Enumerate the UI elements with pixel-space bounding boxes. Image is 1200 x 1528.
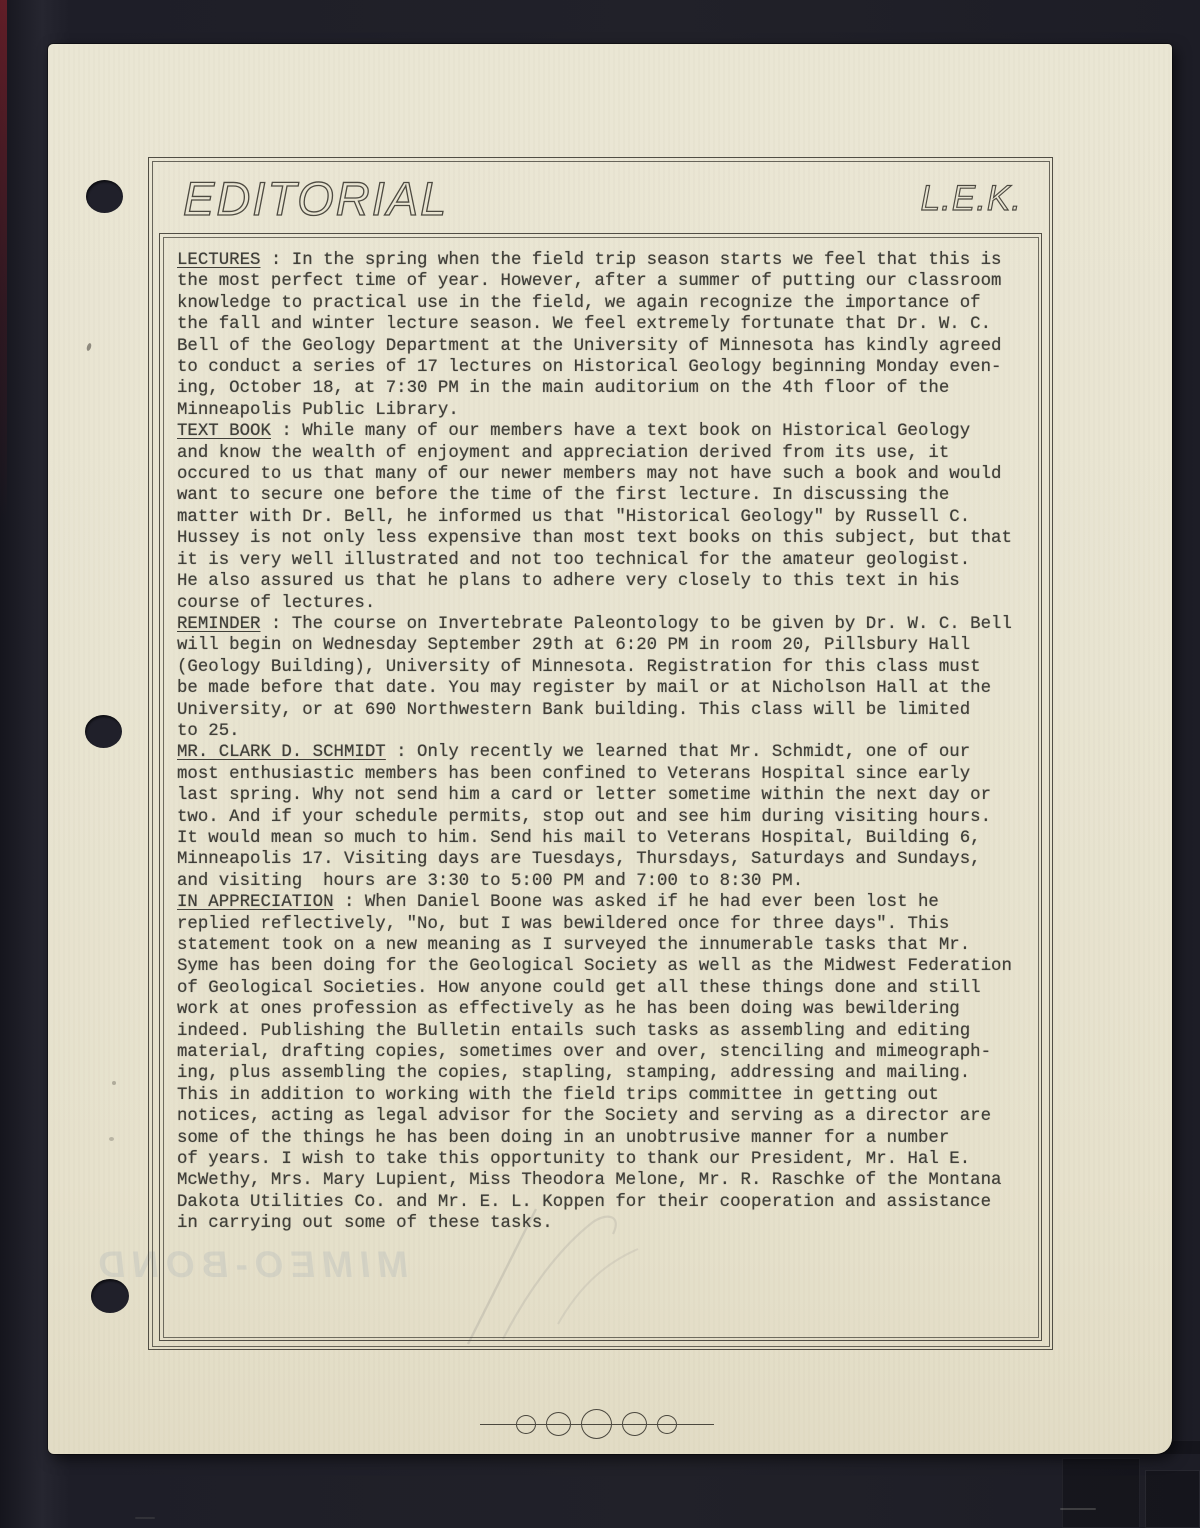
document-header: EDITORIAL L.E.K.	[149, 158, 1052, 233]
paragraph-label: IN APPRECIATION	[177, 893, 334, 912]
background-scratch	[1060, 1508, 1096, 1510]
paragraph: LECTURES : In the spring when the field …	[177, 250, 1035, 421]
paragraph-label: TEXT BOOK	[177, 422, 271, 441]
background-scratch	[135, 1517, 155, 1519]
punch-hole	[86, 180, 123, 213]
divider-circle	[657, 1415, 677, 1434]
circle-divider	[492, 1407, 702, 1441]
paragraph: IN APPRECIATION : When Daniel Boone was …	[177, 892, 1035, 1235]
divider-circle	[516, 1415, 536, 1434]
ink-speck	[86, 343, 92, 352]
paragraph: TEXT BOOK : While many of our members ha…	[177, 421, 1035, 614]
background-page-ghost	[1062, 1458, 1140, 1528]
divider-circle	[581, 1409, 612, 1439]
paragraph: MR. CLARK D. SCHMIDT : Only recently we …	[177, 742, 1035, 892]
ink-speck	[112, 1081, 116, 1085]
document-body-box: LECTURES : In the spring when the field …	[159, 233, 1042, 1341]
punch-hole	[85, 715, 122, 748]
author-initials: L.E.K.	[921, 179, 1022, 219]
paragraph-label: MR. CLARK D. SCHMIDT	[177, 743, 386, 762]
page-title: EDITORIAL	[183, 171, 448, 226]
paragraph: REMINDER : The course on Invertebrate Pa…	[177, 614, 1035, 742]
paper-sheet: MIMEO-BOND EDITORIAL L.E.K. LECTURES : I…	[48, 44, 1172, 1454]
body-text: LECTURES : In the spring when the field …	[160, 234, 1041, 1235]
book-spine-red-edge	[0, 0, 7, 520]
divider-circle	[546, 1412, 571, 1436]
paragraph-label: REMINDER	[177, 615, 261, 634]
background-page-ghost	[1145, 1470, 1200, 1528]
divider-circle	[622, 1412, 647, 1436]
document-frame: EDITORIAL L.E.K. LECTURES : In the sprin…	[148, 157, 1053, 1350]
scanned-document-photo: { "header": { "title": "EDITORIAL", "ini…	[0, 0, 1200, 1528]
paragraph-label: LECTURES	[177, 251, 261, 270]
ink-speck	[109, 1137, 114, 1141]
